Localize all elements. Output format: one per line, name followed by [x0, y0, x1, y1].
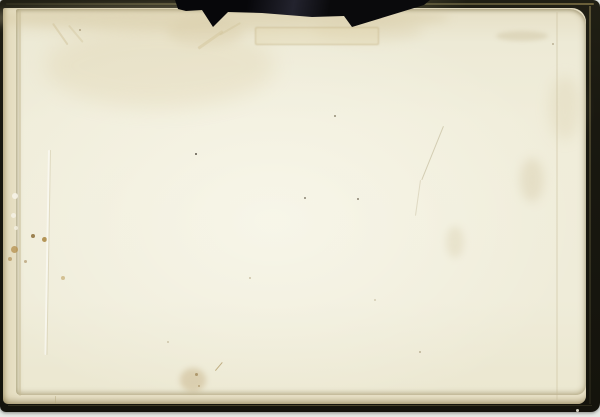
blank-album-page	[16, 9, 586, 395]
scanned-album-photo	[0, 0, 600, 417]
